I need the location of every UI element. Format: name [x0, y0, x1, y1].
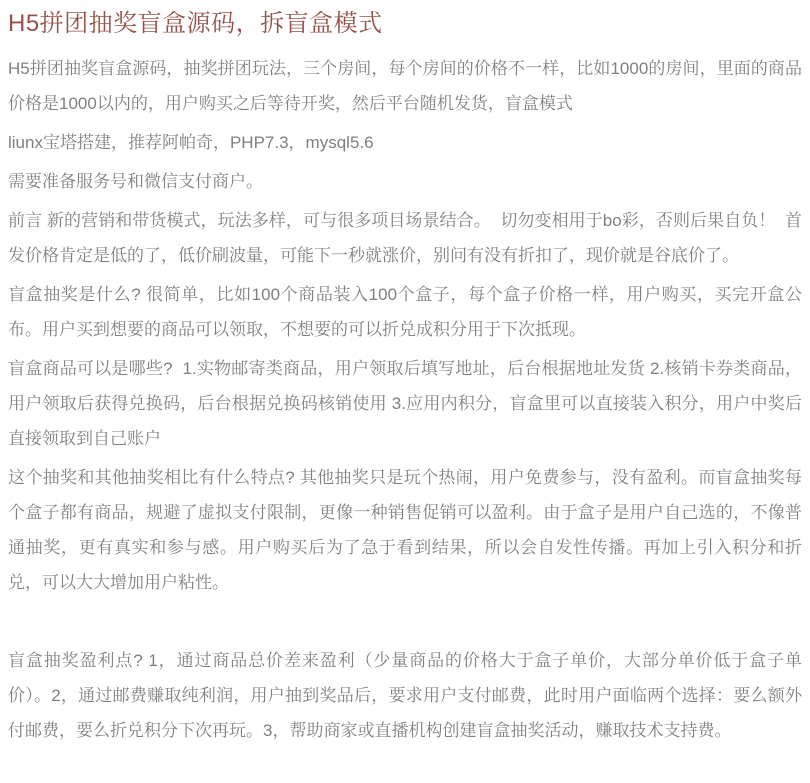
article-paragraph: 前言 新的营销和带货模式，玩法多样，可与很多项目场景结合。 切勿变相用于bo彩，…: [8, 203, 802, 273]
article-paragraph: H5拼团抽奖盲盒源码，抽奖拼团玩法，三个房间，每个房间的价格不一样，比如1000…: [8, 51, 802, 121]
article-paragraph: 这个抽奖和其他抽奖相比有什么特点? 其他抽奖只是玩个热闹，用户免费参与，没有盈利…: [8, 460, 802, 600]
article-paragraph: 盲盒抽奖盈利点? 1，通过商品总价差来盈利（少量商品的价格大于盒子单价，大部分单…: [8, 643, 802, 748]
article-page: H5拼团抽奖盲盒源码，拆盲盒模式 H5拼团抽奖盲盒源码，抽奖拼团玩法，三个房间，…: [0, 0, 810, 783]
article-title: H5拼团抽奖盲盒源码，拆盲盒模式: [8, 8, 802, 40]
article-paragraph: 盲盒商品可以是哪些? 1.实物邮寄类商品，用户领取后填写地址，后台根据地址发货 …: [8, 351, 802, 456]
article-paragraph: 盲盒抽奖是什么? 很简单，比如100个商品装入100个盒子，每个盒子价格一样，用…: [8, 277, 802, 347]
article-paragraph: liunx宝塔搭建，推荐阿帕奇，PHP7.3，mysql5.6: [8, 125, 802, 160]
article-blank-line: [8, 604, 802, 639]
article-paragraph: 需要准备服务号和微信支付商户。: [8, 164, 802, 199]
